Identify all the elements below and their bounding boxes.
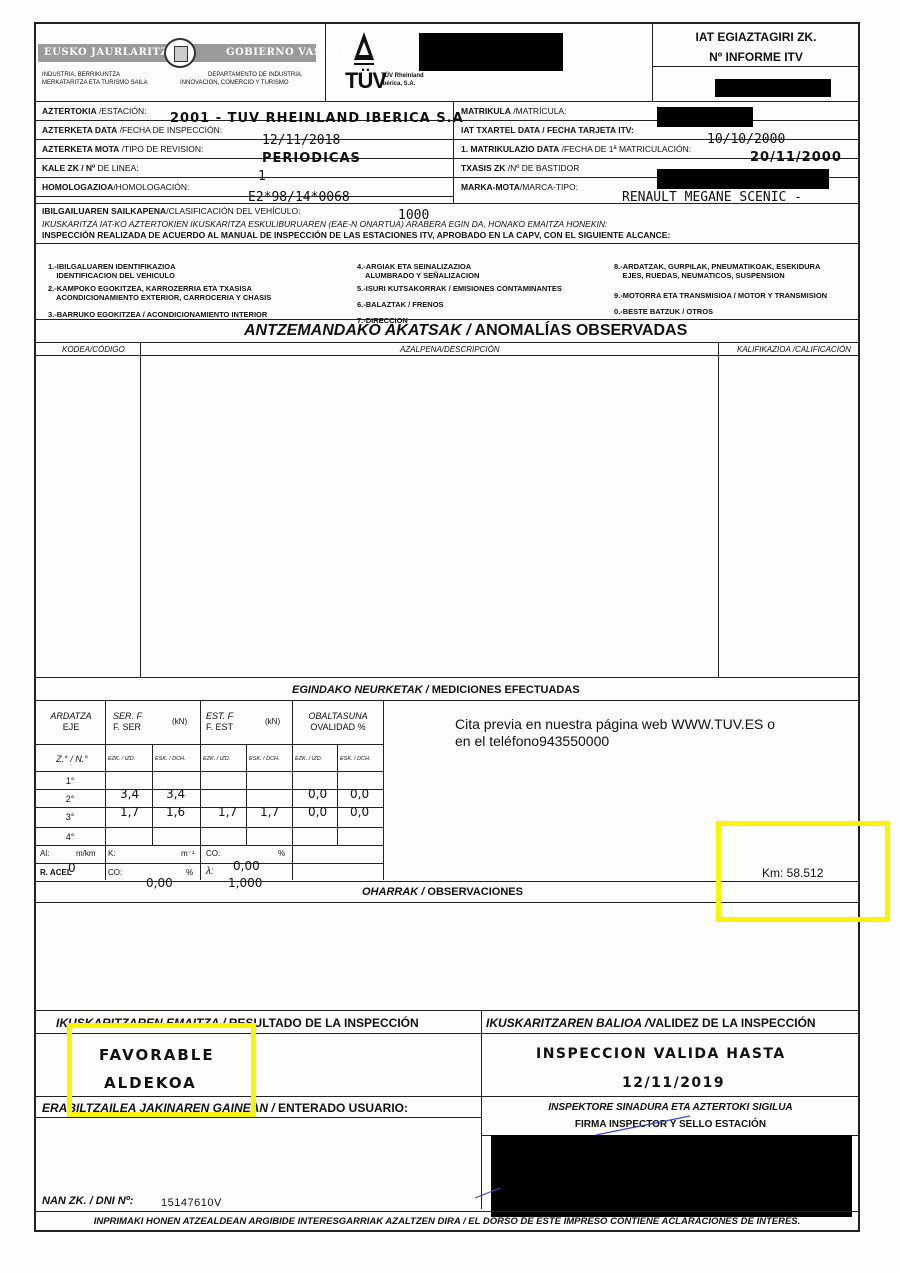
col-description-header: AZALPENA/DESCRIPCIÓN [400,345,500,354]
scope-line-es: INSPECCIÓN REALIZADA DE ACUERDO AL MANUA… [42,230,670,240]
anomalies-title: ANTZEMANDAKO AKATSAK / ANOMALÍAS OBSERVA… [244,322,687,340]
al-label: Al: [40,849,49,858]
measurement-ser-r: 3,4 [166,787,185,801]
redacted-block [419,33,563,71]
scope-item-8: 8.-ARDATZAK, GURPILAK, PNEUMATIKOAK, ESE… [614,262,820,280]
basque-coat-of-arms-icon [164,38,196,68]
dept-eu-2: MERKATARITZA ETA TURISMO SAILA [42,80,148,87]
co1-label: CO: [206,849,220,858]
validity-label: INSPECCION VALIDA HASTA [536,1046,786,1062]
inspection-date-label: AZTERKETA DATA /FECHA DE INSPECCIÓN: [42,125,222,135]
revision-type-label: AZTERKETA MOTA /TIPO DE REVISION: [42,144,203,154]
scope-item-6: 6.-BALAZTAK / FRENOS [357,300,444,309]
ser-left-header: EZK. / IZD. [108,756,135,762]
inspection-date-value: 12/11/2018 [262,133,340,148]
homologation-label: HOMOLOGAZIOA/HOMOLOGACIÓN: [42,182,189,192]
col-grade-header: KALIFIKAZIOA /CALIFICACIÓN [737,345,851,354]
plate-label: MATRIKULA /MATRÍCULA: [461,106,566,116]
tuv-triangle-icon [352,30,376,71]
itv-card-date-label: IAT TXARTEL DATA / FECHA TARJETA ITV: [461,125,634,135]
parking-brake-header: EST. FF. EST [206,711,233,733]
dni-value: 15147610V [161,1197,222,1209]
appointment-line-2: en el teléfono943550000 [455,733,609,749]
gov-name-es: GOBIERNO VASCO [226,47,339,58]
footer-note: INPRIMAKI HONEN ATZEALDEAN ARGIBIDE INTE… [34,1216,860,1227]
service-brake-kn: (kN) [172,716,187,727]
vehicle-classification-label: IBILGAILUAREN SAILKAPENA/CLASIFICACIÓN D… [42,206,301,216]
report-title-es: Nº INFORME ITV [652,50,860,64]
scope-item-1: 1.-IBILGALUAREN IDENTIFIKAZIOA IDENTIFIC… [48,262,176,280]
axle-number-header: Z.° / N.° [44,754,100,765]
measurement-ser-l: 1,7 [120,805,139,819]
first-registration-value: 20/11/2000 [750,150,842,165]
k-unit: m⁻¹ [181,849,195,858]
measurements-title: EGINDAKO NEURKETAK / MEDICIONES EFECTUAD… [292,684,580,696]
appointment-line-1: Cita previa en nuestra página web WWW.TU… [455,716,775,732]
ser-right-header: ESK. / DCH. [155,756,186,762]
axle-row-label: 4° [60,832,80,843]
scope-item-3: 3.-BARRUKO EGOKITZEA / ACONDICIONAMIENTO… [48,310,267,319]
axle-row-label: 1° [60,776,80,787]
scope-line-eu: IKUSKARITZA IAT-KO AZTERTOKIEN IKUSKARIT… [42,219,607,229]
redacted-plate [657,107,753,127]
col-code-header: KODEA/CÓDIGO [62,345,125,354]
measurement-oval-r: 0,0 [350,805,369,819]
dept-eu-1: INDUSTRIA, BERRIKUNTZA [42,72,120,79]
est-right-header: ESK. / DCH. [249,756,280,762]
co2-value: 0,00 [146,876,173,890]
co1-unit: % [278,849,285,858]
scope-item-0: 0.-BESTE BATZUK / OTROS [614,307,713,316]
axle-row-label: 2° [60,794,80,805]
scope-item-2: 2.-KAMPOKO EGOKITZEA, KARROZERRIA ETA TX… [48,284,271,302]
anomalies-list [36,357,858,675]
racel-label: R. ACEL [40,868,72,877]
dept-es-1: DEPARTAMENTO DE INDUSTRIA, [208,72,303,79]
tuv-company-2: Ibérica, S.A. [381,81,415,88]
first-registration-label: 1. MATRIKULAZIO DATA /FECHA DE 1ª MATRIC… [461,144,691,154]
report-title-eu: IAT EGIAZTAGIRI ZK. [652,30,860,44]
redacted-report-number [715,79,831,97]
tuv-logo: TÜV [345,68,386,94]
itv-card-date-value: 10/10/2000 [707,132,785,147]
highlight-result [67,1023,256,1117]
axle-row-label: 3° [60,812,80,823]
ovality-header: OBALTASUNAOVALIDAD % [293,711,383,733]
measurement-oval-l: 0,0 [308,787,327,801]
lambda-value: 1,000 [228,876,262,890]
station-label: AZTERTOKIA /ESTACIÓN: [42,106,147,116]
co2-unit: % [186,868,193,877]
scope-item-5: 5.-ISURI KUTSAKORRAK / EMISIONES CONTAMI… [357,284,562,293]
al-unit: m/km [76,849,96,858]
scope-item-4: 4.-ARGIAK ETA SEINALIZAZIOA ALUMBRADO Y … [357,262,479,280]
station-value: 2001 - TUV RHEINLAND IBERICA S.A [170,111,464,126]
measurement-ser-l: 3,4 [120,787,139,801]
scope-item-9: 9.-MOTORRA ETA TRANSMISIOA / MOTOR Y TRA… [614,291,827,300]
measurement-ser-r: 1,6 [166,805,185,819]
racel-value: 0 [68,861,76,875]
highlight-mileage [716,821,890,922]
oval-left-header: EZK. / IZD. [295,756,322,762]
validity-title: IKUSKARITZAREN BALIOA /VALIDEZ DE LA INS… [486,1016,816,1030]
lambda-label: λ: [206,866,214,877]
dept-es-2: INNOVACION, COMERCIO Y TURISMO [180,80,289,87]
measurement-est-l: 1,7 [218,805,237,819]
axle-header: ARDATZAEJE [40,711,102,733]
service-brake-header: SER. FF. SER [113,711,142,733]
chassis-number-label: TXASIS ZK /Nº DE BASTIDOR [461,163,579,173]
make-model-value: RENAULT MEGANE SCENIC - [622,190,802,205]
oval-right-header: ESK. / DCH. [340,756,371,762]
signature-pen-stroke [470,1080,870,1220]
gov-name-eu: EUSKO JAURLARITZA [44,47,176,58]
tuv-company-1: TÜV Rheinland [381,73,424,80]
dni-label: NAN ZK. / DNI Nº: [42,1195,133,1207]
measurement-oval-l: 0,0 [308,805,327,819]
co2-label: CO: [108,868,122,877]
observations-title: OHARRAK / OBSERVACIONES [362,886,523,898]
co1-value: 0,00 [233,859,260,873]
measurement-oval-r: 0,0 [350,787,369,801]
line-number-label: KALE ZK / Nº DE LINEA: [42,163,139,173]
revision-type-value: PERIODICAS [262,151,361,166]
line-number-value: 1 [258,169,266,184]
make-model-label: MARKA-MOTA/MARCA-TIPO: [461,182,578,192]
redacted-chassis [657,169,829,189]
parking-brake-kn: (kN) [265,716,280,727]
k-label: K: [108,849,116,858]
est-left-header: EZK. / IZD. [203,756,230,762]
measurement-est-r: 1,7 [260,805,279,819]
